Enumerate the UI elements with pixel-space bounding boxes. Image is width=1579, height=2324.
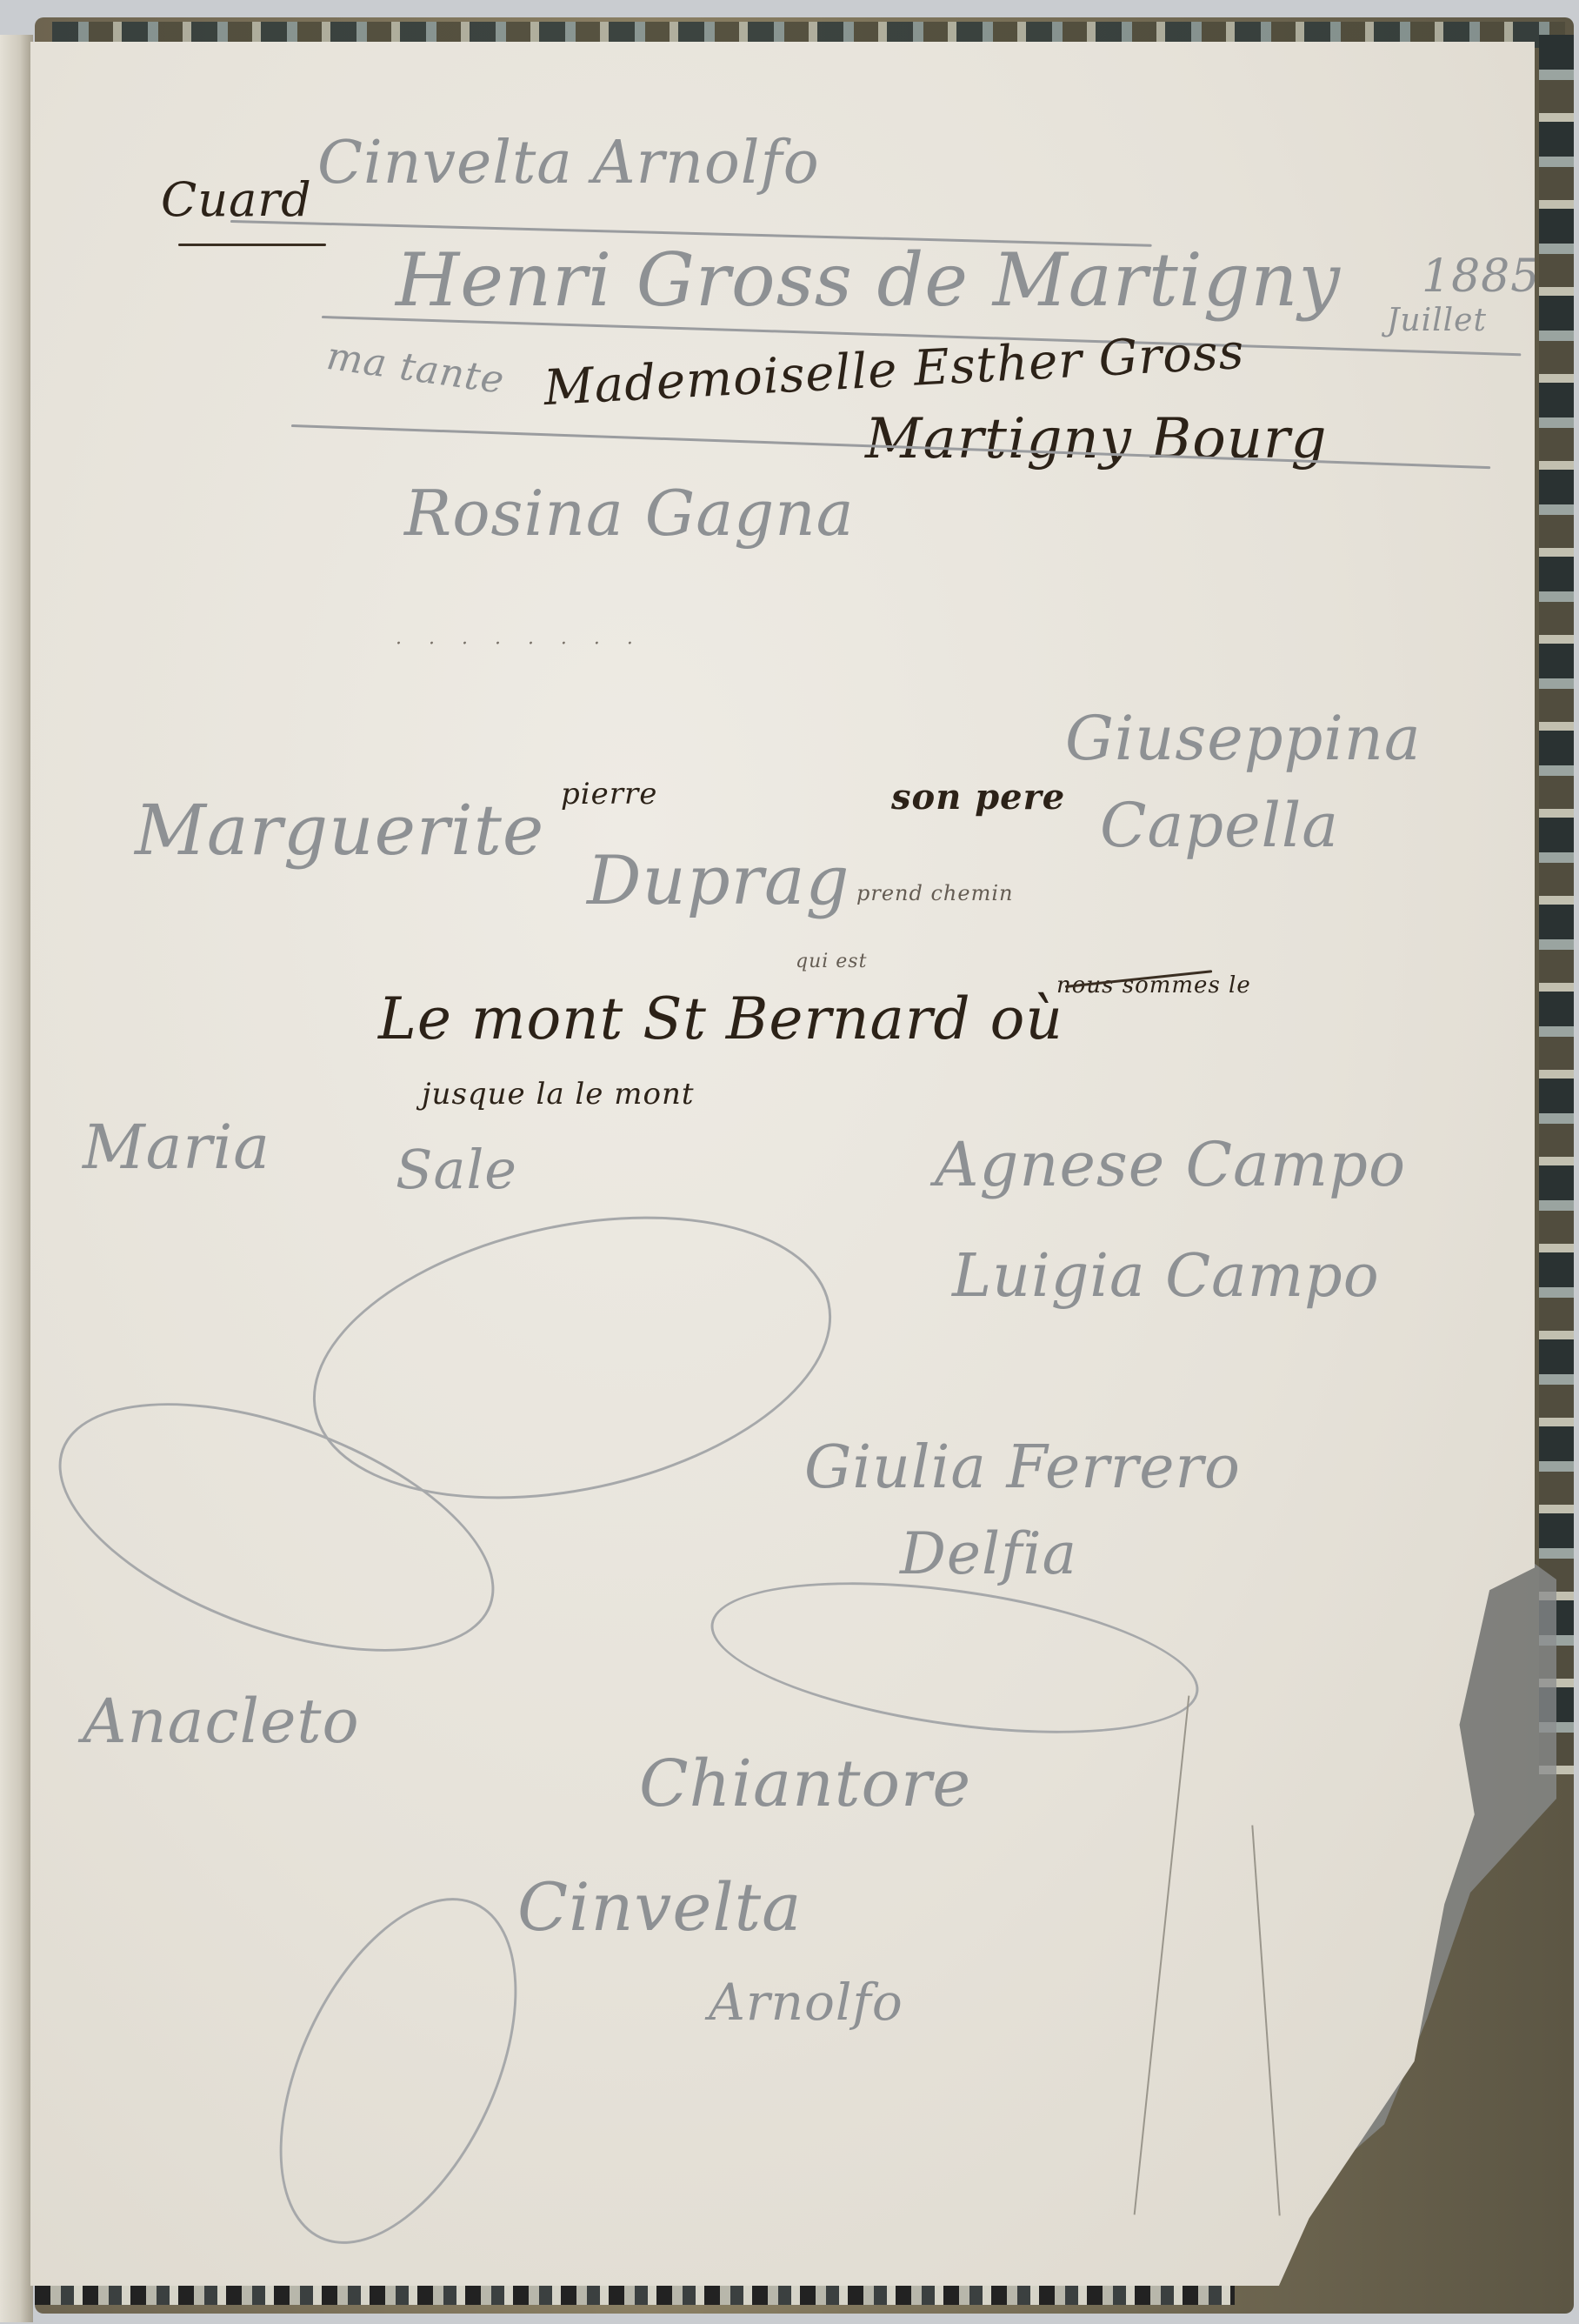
spine-strip [0,35,33,2322]
name-chiantore: Chiantore [639,1746,971,1821]
name-maria: Maria [83,1112,270,1183]
name-rosina: Rosina Gagna [404,477,855,550]
name-capella: Capella [1100,790,1339,861]
paper-crack-1 [1134,1696,1190,2215]
name-delfia: Delfia [900,1520,1077,1587]
name-cinvelta: Cinvelta [517,1868,802,1946]
name-arnolfo: Arnolfo [709,1973,903,2032]
name-luigia: Luigia Campo [952,1242,1380,1311]
name-anacleto: Anacleto [83,1686,360,1757]
manuscript-page: Cuard Cinvelta Arnolfo Henri Gross de Ma… [30,42,1535,2286]
name-giulia: Giulia Ferrero [804,1433,1241,1502]
ink-specks: · · · · · · · · [396,633,643,655]
sentence-line-2: jusque la le mont [422,1077,695,1112]
sentence-line-1: Le mont St Bernard où [378,985,1063,1052]
word-son-pere: son pere [891,777,1065,818]
recipient: Mademoiselle Esther Gross [543,324,1246,417]
year: 1885 [1422,250,1540,303]
corner-word: Cuard [161,172,312,227]
marbled-edge-right [1539,35,1574,1774]
name-giuseppina: Giuseppina [1065,703,1422,774]
paper-crack-2 [1251,1825,1280,2215]
address-prefix: ma tante [323,334,507,403]
main-name: Henri Gross de Martigny [396,237,1341,323]
name-duprag: Duprag [587,842,849,920]
place: Martigny Bourg [865,407,1328,471]
corner-underline [178,244,326,246]
crossed-name: Cinvelta Arnolfo [317,129,820,197]
name-sale: Sale [396,1138,517,1201]
month: Juillet [1387,303,1487,338]
name-agnese: Agnese Campo [935,1129,1406,1200]
small-note-1: prend chemin [856,881,1013,905]
word-pierre: pierre [561,777,657,811]
small-note-2: qui est [796,951,867,972]
pencil-flourish-4 [231,1861,566,2281]
name-marguerite: Marguerite [135,790,544,871]
